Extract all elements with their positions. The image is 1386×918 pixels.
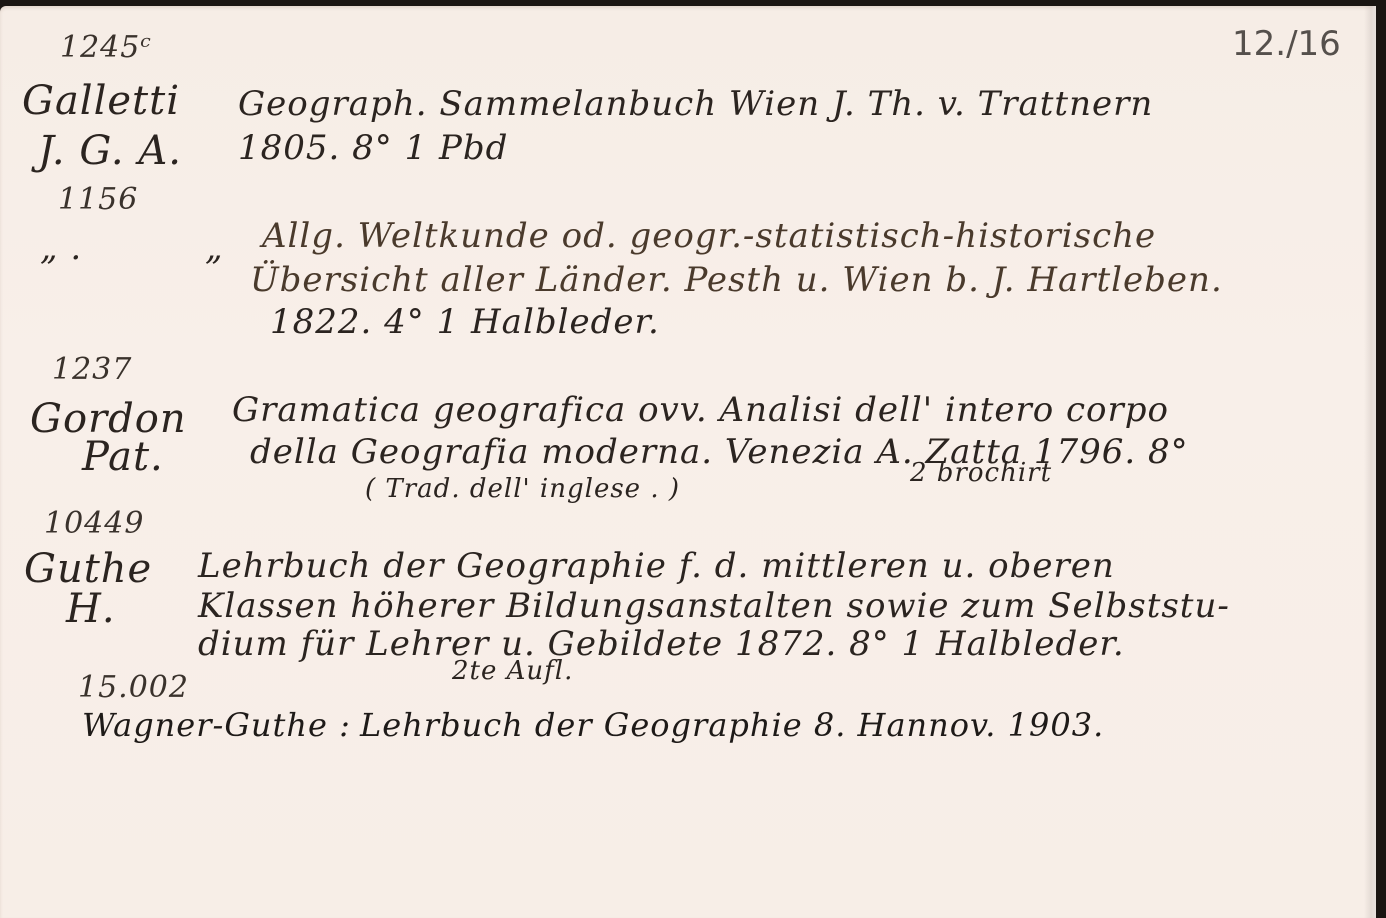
entry-author-ditto: „ . — [40, 228, 82, 268]
entry-text-line: Lehrbuch der Geographie f. d. mittleren … — [198, 546, 1115, 586]
entry-note: ( Trad. dell' inglese . ) — [365, 474, 680, 504]
entry-text-line: 1822. 4° 1 Halbleder. — [270, 302, 660, 342]
entry-text-line: dium für Lehrer u. Gebildete 1872. 8° 1 … — [198, 624, 1125, 664]
entry-author: Galletti — [22, 78, 180, 124]
entry-number: 10449 — [44, 506, 144, 541]
entry-text-line: 1805. 8° 1 Pbd — [238, 128, 508, 168]
entry-ditto-mark: „ — [205, 228, 224, 268]
entry-author-initials: H. — [66, 586, 116, 632]
entry-author-initials: J. G. A. — [38, 128, 182, 174]
entry-number: 1245ᶜ — [60, 30, 152, 65]
entry-text-line: Allg. Weltkunde od. geogr.-statistisch-h… — [262, 216, 1156, 256]
entry-text-line: Übersicht aller Länder. Pesth u. Wien b.… — [250, 260, 1223, 300]
entry-text-line: Klassen höherer Bildungsanstalten sowie … — [198, 586, 1230, 626]
catalog-card: 12./16 1245ᶜ Galletti J. G. A. Geograph.… — [0, 6, 1376, 918]
shelf-mark: 12./16 — [1232, 24, 1341, 64]
entry-text-line: Geograph. Sammelanbuch Wien J. Th. v. Tr… — [238, 84, 1153, 124]
entry-number: 1156 — [58, 182, 138, 217]
entry-text-line: Lehrbuch der Geographie 8. Hannov. 1903. — [360, 706, 1104, 744]
entry-text-line: Gramatica geografica ovv. Analisi dell' … — [232, 390, 1169, 430]
entry-number: 15.002 — [78, 670, 189, 705]
entry-binding: 2 brochirt — [910, 458, 1052, 488]
entry-author-initials: Pat. — [82, 434, 164, 480]
entry-annotation: 2te Aufl. — [452, 656, 573, 686]
entry-number: 1237 — [52, 352, 132, 387]
entry-author: Wagner-Guthe : — [82, 706, 351, 744]
